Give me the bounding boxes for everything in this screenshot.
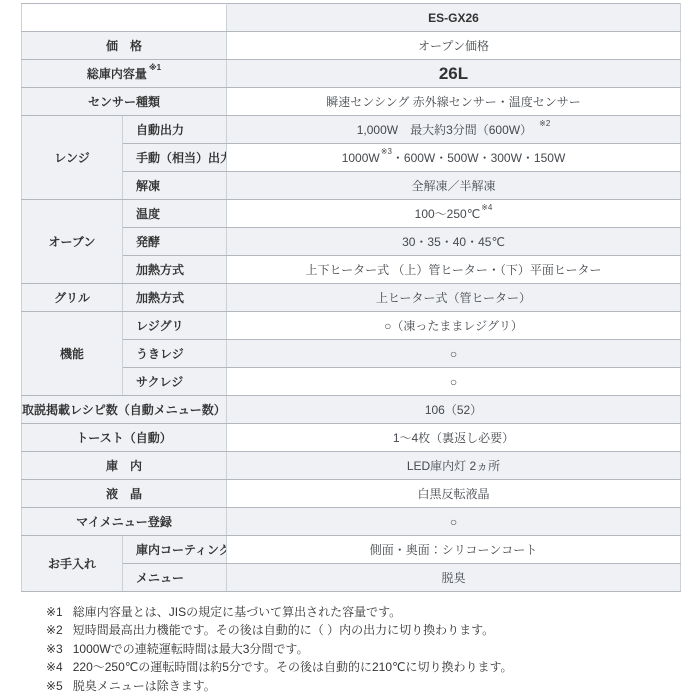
lcd-value: 白黒反転液晶 [227, 480, 681, 508]
mymenu-value: ○ [227, 508, 681, 536]
oven-ferment-value: 30・35・40・45℃ [227, 228, 681, 256]
oven-heating-label: 加熱方式 [123, 256, 227, 284]
features-ukireji-label: うきレジ [123, 340, 227, 368]
cavity-value: LED庫内灯 2ヵ所 [227, 452, 681, 480]
mymenu-label: マイメニュー登録 [22, 508, 227, 536]
footnote-3: ※3 1000Wでの連続運転時間は最大3分間です。 [46, 640, 700, 658]
sensor-value: 瞬速センシング 赤外線センサー・温度センサー [227, 88, 681, 116]
care-menu-value: 脱臭 [227, 564, 681, 592]
footnote-marker: ※1 [46, 603, 63, 621]
footnote-text: 1000Wでの連続運転時間は最大3分間です。 [73, 640, 700, 658]
care-coating-value: 側面・奥面：シリコーンコート [227, 536, 681, 564]
cavity-label: 庫 内 [22, 452, 227, 480]
table-row: オーブン 温度 100～250℃※4 [22, 200, 681, 228]
range-group-label: レンジ [22, 116, 123, 200]
range-defrost-value: 全解凍／半解凍 [227, 172, 681, 200]
oven-temp-value: 100～250℃※4 [227, 200, 681, 228]
footnote-marker: ※4 [46, 658, 63, 676]
footnote-5: ※5 脱臭メニューは除きます。 [46, 677, 700, 695]
price-label: 価 格 [22, 32, 227, 60]
page-content: ES-GX26 価 格 オープン価格 総庫内容量※1 26L センサー種類 瞬速… [0, 0, 700, 695]
grill-heating-value: 上ヒーター式（管ヒーター） [227, 284, 681, 312]
care-coating-label: 庫内コーティング [123, 536, 227, 564]
oven-group-label: オーブン [22, 200, 123, 284]
model-name: ES-GX26 [227, 4, 681, 32]
footnote-marker: ※3 [46, 640, 63, 658]
care-menu-label: メニュー [123, 564, 227, 592]
footnote-text: 総庫内容量とは、JISの規定に基づいて算出された容量です。 [73, 603, 700, 621]
range-auto-value: 1,000W 最大約3分間（600W）※2 [227, 116, 681, 144]
features-ukireji-value: ○ [227, 340, 681, 368]
range-manual-value: 1000W※3・600W・500W・300W・150W [227, 144, 681, 172]
table-row: 総庫内容量※1 26L [22, 60, 681, 88]
footnote-ref: ※1 [149, 63, 161, 72]
table-row: 取説掲載レシピ数（自動メニュー数）※5 106（52） [22, 396, 681, 424]
range-manual-label: 手動（相当）出力 [123, 144, 227, 172]
toast-value: 1～4枚（裏返し必要） [227, 424, 681, 452]
features-sakureji-label: サクレジ [123, 368, 227, 396]
features-group-label: 機能 [22, 312, 123, 396]
footnote-2: ※2 短時間最高出力機能です。その後は自動的に（ ）内の出力に切り換わります。 [46, 621, 700, 639]
table-row: トースト（自動） 1～4枚（裏返し必要） [22, 424, 681, 452]
footnote-text: 脱臭メニューは除きます。 [73, 677, 700, 695]
recipes-label: 取説掲載レシピ数（自動メニュー数）※5 [22, 396, 227, 424]
footnote-ref: ※2 [539, 119, 550, 128]
oven-heating-value: 上下ヒーター式 （上）管ヒーター・（下）平面ヒーター [227, 256, 681, 284]
footnote-text: 短時間最高出力機能です。その後は自動的に（ ）内の出力に切り換わります。 [73, 621, 700, 639]
features-rejiguri-label: レジグリ [123, 312, 227, 340]
footnote-ref: ※4 [481, 203, 492, 212]
capacity-label: 総庫内容量※1 [22, 60, 227, 88]
sensor-label: センサー種類 [22, 88, 227, 116]
table-row: 価 格 オープン価格 [22, 32, 681, 60]
table-row: レンジ 自動出力 1,000W 最大約3分間（600W）※2 [22, 116, 681, 144]
range-defrost-label: 解凍 [123, 172, 227, 200]
lcd-label: 液 晶 [22, 480, 227, 508]
table-row: センサー種類 瞬速センシング 赤外線センサー・温度センサー [22, 88, 681, 116]
grill-heating-label: 加熱方式 [123, 284, 227, 312]
footnote-marker: ※5 [46, 677, 63, 695]
header-empty-cell [22, 4, 227, 32]
footnotes: ※1 総庫内容量とは、JISの規定に基づいて算出された容量です。 ※2 短時間最… [46, 603, 700, 695]
spec-table: ES-GX26 価 格 オープン価格 総庫内容量※1 26L センサー種類 瞬速… [21, 3, 681, 592]
footnote-marker: ※2 [46, 621, 63, 639]
footnote-4: ※4 220～250℃の運転時間は約5分です。その後は自動的に210℃に切り換わ… [46, 658, 700, 676]
table-row: グリル 加熱方式 上ヒーター式（管ヒーター） [22, 284, 681, 312]
grill-group-label: グリル [22, 284, 123, 312]
oven-temp-label: 温度 [123, 200, 227, 228]
table-row: マイメニュー登録 ○ [22, 508, 681, 536]
care-group-label: お手入れ [22, 536, 123, 592]
footnote-1: ※1 総庫内容量とは、JISの規定に基づいて算出された容量です。 [46, 603, 700, 621]
features-sakureji-value: ○ [227, 368, 681, 396]
table-row: 液 晶 白黒反転液晶 [22, 480, 681, 508]
table-row: 庫 内 LED庫内灯 2ヵ所 [22, 452, 681, 480]
table-row: ES-GX26 [22, 4, 681, 32]
range-auto-label: 自動出力 [123, 116, 227, 144]
footnote-text: 220～250℃の運転時間は約5分です。その後は自動的に210℃に切り換わります… [73, 658, 700, 676]
recipes-value: 106（52） [227, 396, 681, 424]
capacity-value: 26L [227, 60, 681, 88]
price-value: オープン価格 [227, 32, 681, 60]
oven-ferment-label: 発酵 [123, 228, 227, 256]
table-row: お手入れ 庫内コーティング 側面・奥面：シリコーンコート [22, 536, 681, 564]
toast-label: トースト（自動） [22, 424, 227, 452]
features-rejiguri-value: ○（凍ったままレジグリ） [227, 312, 681, 340]
table-row: 機能 レジグリ ○（凍ったままレジグリ） [22, 312, 681, 340]
footnote-ref: ※3 [381, 147, 392, 156]
